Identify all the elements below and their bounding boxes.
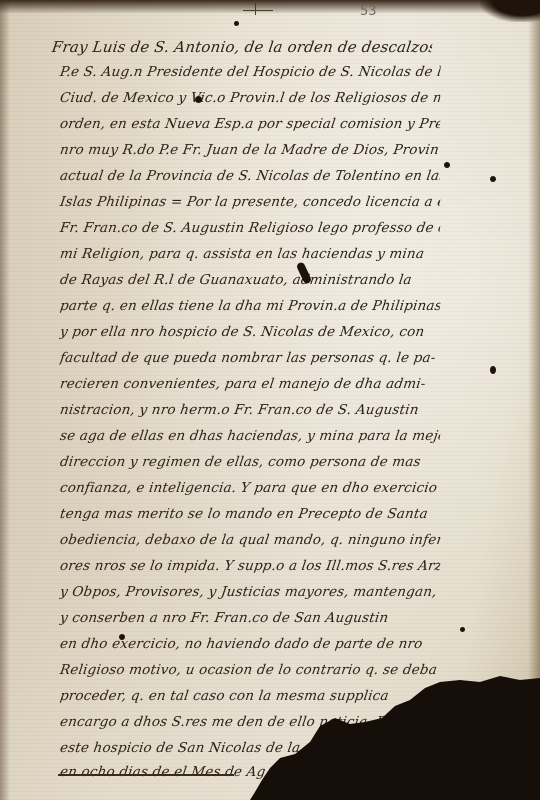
ink-spot — [444, 162, 450, 168]
top-edge-burn — [0, 0, 540, 14]
manuscript-page: 53 Fray Luis de S. Antonio, de la orden … — [0, 0, 540, 800]
manuscript-line: se aga de ellas en dhas haciendas, y min… — [59, 428, 441, 444]
ink-spot — [234, 21, 239, 26]
manuscript-line: P.e S. Aug.n Presidente del Hospicio de … — [59, 64, 441, 80]
manuscript-line: tenga mas merito se lo mando en Precepto… — [59, 506, 441, 522]
folio-number: 53 — [360, 4, 377, 19]
ink-spot — [195, 96, 202, 103]
manuscript-line: y Obpos, Provisores, y Justicias mayores… — [59, 584, 441, 600]
burn-damage — [0, 600, 540, 800]
top-mark-vertical — [255, 3, 256, 15]
manuscript-line: mi Religion, para q. assista en las haci… — [59, 246, 441, 262]
manuscript-line: obediencia, debaxo de la qual mando, q. … — [59, 532, 441, 548]
manuscript-line: y por ella nro hospicio de S. Nicolas de… — [59, 324, 441, 340]
ink-spot — [490, 176, 496, 182]
manuscript-line: Islas Philipinas = Por la presente, conc… — [59, 194, 441, 210]
manuscript-line: facultad de que pueda nombrar las person… — [59, 350, 441, 366]
manuscript-line: Fr. Fran.co de S. Augustin Religioso leg… — [59, 220, 441, 236]
manuscript-line: confianza, e inteligencia. Y para que en… — [59, 480, 441, 496]
manuscript-line: recieren convenientes, para el manejo de… — [59, 376, 441, 392]
manuscript-line: nistracion, y nro herm.o Fr. Fran.co de … — [59, 402, 441, 418]
manuscript-line: nro muy R.do P.e Fr. Juan de la Madre de… — [59, 142, 441, 158]
manuscript-line: de Rayas del R.l de Guanaxuato, administ… — [59, 272, 441, 288]
manuscript-line: parte q. en ellas tiene la dha mi Provin… — [59, 298, 441, 314]
manuscript-line: actual de la Provincia de S. Nicolas de … — [59, 168, 441, 184]
manuscript-line: Ciud. de Mexico y Vic.o Provin.l de los … — [59, 90, 441, 106]
manuscript-line: direccion y regimen de ellas, como perso… — [59, 454, 441, 470]
manuscript-line: ores nros se lo impida. Y supp.o a los I… — [59, 558, 441, 574]
top-mark-horizontal — [243, 10, 273, 11]
manuscript-line: orden, en esta Nueva Esp.a por special c… — [59, 116, 441, 132]
manuscript-line: Fray Luis de S. Antonio, de la orden de … — [51, 38, 434, 56]
ink-spot — [490, 366, 496, 374]
top-right-corner-burn — [480, 0, 540, 22]
